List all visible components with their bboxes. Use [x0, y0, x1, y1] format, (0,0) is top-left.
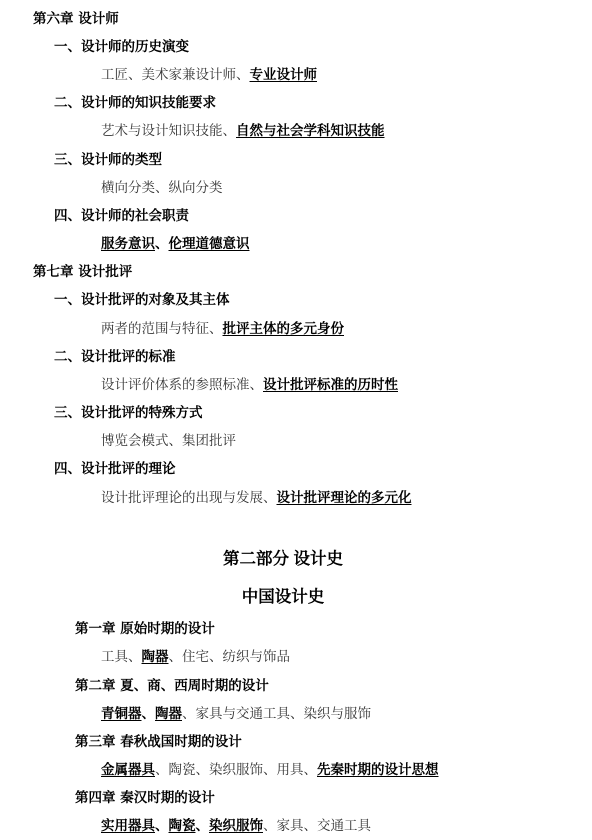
key-term: 服务意识 — [101, 236, 155, 252]
text-segment: 、陶瓷、染织服饰、用具、 — [155, 762, 317, 778]
section-heading: 二、设计师的知识技能要求 — [54, 94, 216, 112]
key-term: 金属器具 — [101, 762, 155, 778]
key-term: 实用器具 — [101, 818, 155, 834]
chapter-content: 实用器具、陶瓷、染织服饰、家具、交通工具 — [101, 817, 371, 835]
chapter-heading: 第一章 原始时期的设计 — [75, 620, 215, 638]
chapter-heading: 第二章 夏、商、西周时期的设计 — [75, 677, 269, 695]
chapter-heading: 第六章 设计师 — [33, 10, 119, 28]
text-segment: 、住宅、纺织与饰品 — [169, 649, 291, 665]
key-term: 先秦时期的设计思想 — [317, 762, 439, 778]
section-content: 博览会模式、集团批评 — [101, 432, 236, 450]
section-content: 两者的范围与特征、批评主体的多元身份 — [101, 320, 344, 338]
key-term: 自然与社会学科知识技能 — [236, 123, 385, 139]
section-content: 横向分类、纵向分类 — [101, 179, 223, 197]
key-term: 染织服饰 — [209, 818, 263, 834]
section-heading: 一、设计师的历史演变 — [54, 38, 189, 56]
section-content: 工匠、美术家兼设计师、专业设计师 — [101, 66, 317, 84]
text-segment: 工匠、美术家兼设计师、 — [101, 67, 250, 83]
text-segment: 、 — [155, 818, 169, 834]
chapter-heading: 第七章 设计批评 — [33, 263, 132, 281]
chapter-content: 工具、陶器、住宅、纺织与饰品 — [101, 648, 290, 666]
text-segment: 设计评价体系的参照标准、 — [101, 377, 263, 393]
section-heading: 三、设计师的类型 — [54, 151, 162, 169]
chapter-heading: 第三章 春秋战国时期的设计 — [75, 733, 242, 751]
text-segment: 、 — [155, 236, 169, 252]
part-title: 第二部分 设计史 — [0, 549, 566, 569]
section-content: 艺术与设计知识技能、自然与社会学科知识技能 — [101, 122, 385, 140]
key-term: 伦理道德意识 — [169, 236, 250, 252]
text-segment: 两者的范围与特征、 — [101, 321, 223, 337]
key-term: 批评主体的多元身份 — [223, 321, 345, 337]
section-heading: 二、设计批评的标准 — [54, 348, 176, 366]
chapter-content: 金属器具、陶瓷、染织服饰、用具、先秦时期的设计思想 — [101, 761, 439, 779]
key-term: 陶器 — [155, 706, 182, 722]
text-segment: 工具、 — [101, 649, 142, 665]
section-heading: 一、设计批评的对象及其主体 — [54, 291, 230, 309]
subtitle: 中国设计史 — [0, 587, 566, 607]
text-segment: 、家具、交通工具 — [263, 818, 371, 834]
text-segment: 、 — [196, 818, 210, 834]
text-segment: 博览会模式、集团批评 — [101, 433, 236, 449]
chapter-heading: 第四章 秦汉时期的设计 — [75, 789, 215, 807]
key-term: 陶瓷 — [169, 818, 196, 834]
section-content: 设计评价体系的参照标准、设计批评标准的历时性 — [101, 376, 398, 394]
key-term: 专业设计师 — [250, 67, 318, 83]
key-term: 陶器 — [142, 649, 169, 665]
text-segment: 、 — [142, 706, 156, 722]
text-segment: 设计批评理论的出现与发展、 — [101, 490, 277, 506]
text-segment: 艺术与设计知识技能、 — [101, 123, 236, 139]
section-content: 设计批评理论的出现与发展、设计批评理论的多元化 — [101, 489, 412, 507]
section-heading: 三、设计批评的特殊方式 — [54, 404, 203, 422]
text-segment: 、家具与交通工具、染织与服饰 — [182, 706, 371, 722]
section-heading: 四、设计师的社会职责 — [54, 207, 189, 225]
section-heading: 四、设计批评的理论 — [54, 460, 176, 478]
section-content: 服务意识、伦理道德意识 — [101, 235, 250, 253]
chapter-content: 青铜器、陶器、家具与交通工具、染织与服饰 — [101, 705, 371, 723]
key-term: 设计批评理论的多元化 — [277, 490, 412, 506]
text-segment: 横向分类、纵向分类 — [101, 180, 223, 196]
key-term: 设计批评标准的历时性 — [263, 377, 398, 393]
key-term: 青铜器 — [101, 706, 142, 722]
